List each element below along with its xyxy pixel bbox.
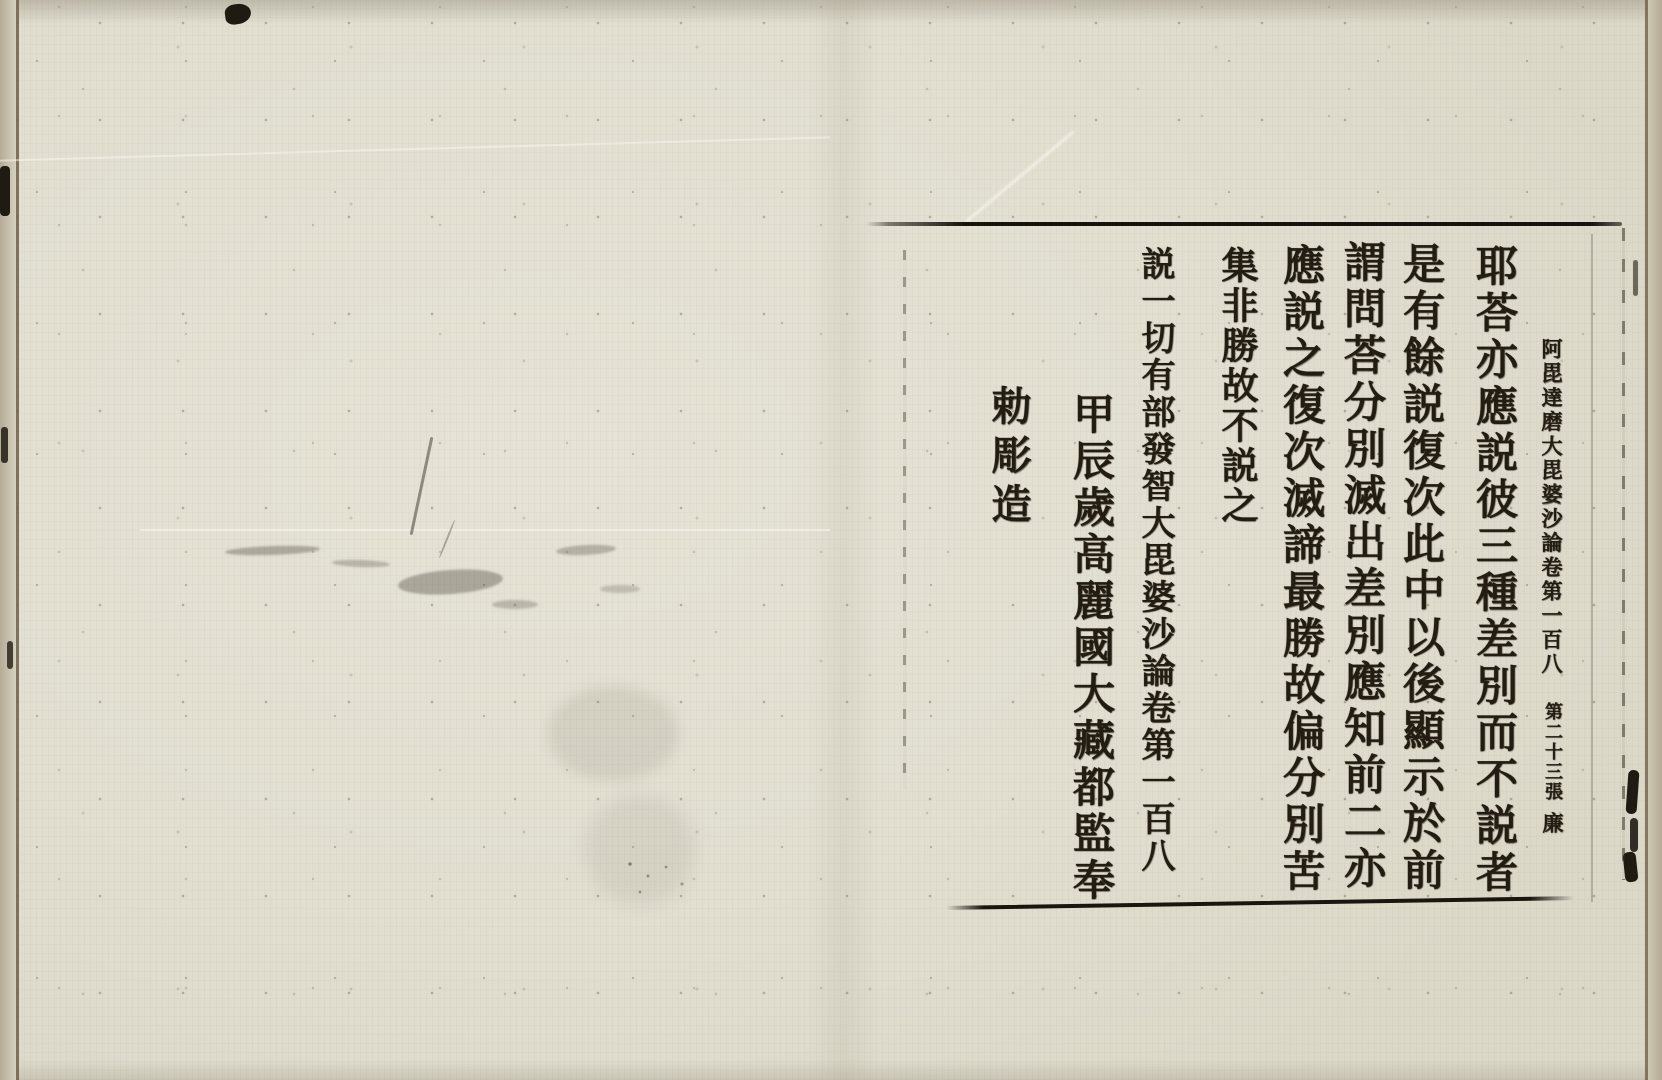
left-page-edge-line [16,0,19,1080]
left-page-edge [0,0,17,1080]
text-column-5: 集非勝故不説之 [1209,246,1263,526]
ink-streak [410,437,434,535]
ink-smudge [397,566,503,597]
page-gutter-shadow [808,0,878,1080]
edge-ink-mark [1,427,8,463]
frame-left-border [903,250,906,790]
paper-stain [548,686,678,781]
ink-smudge [225,544,320,556]
colophon-edict-column: 勅彫造 [980,385,1037,532]
sheet-header-title: 阿毘達磨大毘婆沙論卷第一百八 [1536,338,1566,677]
right-page-edge [1648,0,1662,1080]
ink-streak [438,519,456,559]
frame-right-border [1622,228,1625,880]
edge-ink-mark [7,641,13,669]
text-column-1: 耶荅亦應説彼三種差別而不説者 [1464,244,1524,896]
end-title-column: 説一切有部發智大毘婆沙論卷第一百八 [1131,246,1180,875]
sheet-number: 第二十三張 [1539,702,1565,802]
edge-ink-mark [1633,260,1638,296]
edge-ink-blot [1625,770,1639,815]
colophon-date-column: 甲辰歲高麗國大藏都監奉 [1061,392,1121,905]
ink-smudge [332,559,390,568]
frame-top-border [866,222,1622,226]
ink-smudge [492,600,538,609]
speck-cluster [622,858,702,910]
sheet-sequence-marker: 廉 [1537,812,1567,833]
text-column-4: 應説之復次滅諦最勝故偏分別苦 [1271,243,1331,895]
woodblock-print-scan: 阿毘達磨大毘婆沙論卷第一百八 第二十三張 廉 耶荅亦應説彼三種差別而不説者 是有… [0,0,1662,1080]
ink-smudge [556,543,616,556]
right-page-edge-line [1645,0,1648,1080]
ink-smudge [600,585,640,593]
paper-crease [965,130,1074,222]
paper-crease [140,529,830,531]
paper-crease [0,136,830,161]
edge-ink-mark [0,166,10,216]
frame-right-border-faint [1591,234,1593,902]
edge-ink-blot [1630,818,1638,852]
text-column-3: 謂問荅分別滅出差別應知前二亦 [1332,240,1392,892]
text-column-2: 是有餘説復次此中以後顯示於前 [1391,242,1451,894]
frame-bottom-border [946,896,1574,910]
